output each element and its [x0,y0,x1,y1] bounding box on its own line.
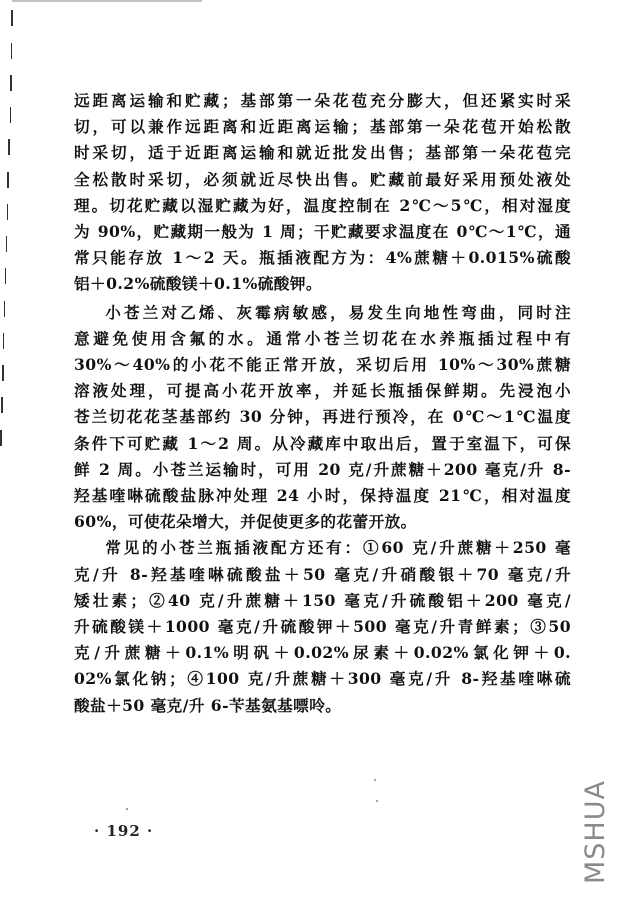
text-line: 羟基喹啉硫酸盐脉冲处理 24 小时，保持温度 21℃，相对温度 [74,483,571,509]
binding-mark [2,365,4,381]
scan-top-edge [12,0,202,2]
text-line: 为 90%，贮藏期一般为 1 周；干贮藏要求温度在 0℃～1℃，通 [74,219,571,245]
text-line: 理。切花贮藏以湿贮藏为好，温度控制在 2℃～5℃，相对湿度 [74,193,571,219]
text-line: 意避免使用含氟的水。通常小苍兰切花在水养瓶插过程中有 [74,326,571,352]
text-line: 溶液处理，可提高小花开放率，并延长瓶插保鲜期。先浸泡小 [74,378,571,404]
text-line: 苍兰切花花茎基部约 30 分钟，再进行预冷，在 0℃～1℃温度 [74,404,571,430]
binding-mark [5,268,7,284]
binding-mark [11,43,13,59]
text-line: 常见的小苍兰瓶插液配方还有：①60 克/升蔗糖＋250 毫 [74,535,571,561]
text-line: 常只能存放 1～2 天。瓶插液配方为：4%蔗糖＋0.015%硫酸 [74,245,571,271]
binding-mark [4,301,6,317]
text-line: 条件下可贮藏 1～2 周。从冷藏库中取出后，置于室温下，可保 [74,431,571,457]
text-line: 克/升 8-羟基喹啉硫酸盐＋50 毫克/升硝酸银＋70 毫克/升 [74,562,571,588]
binding-marks [0,0,20,460]
watermark: MSHUA [580,780,611,884]
text-line: 远距离运输和贮藏；基部第一朵花苞充分膨大，但还紧实时采 [74,88,571,114]
binding-mark [6,236,8,252]
paragraph-storage: 远距离运输和贮藏；基部第一朵花苞充分膨大，但还紧实时采 切，可以兼作远距离和近距… [74,88,571,298]
paragraph-vase-solution-formulas: 常见的小苍兰瓶插液配方还有：①60 克/升蔗糖＋250 毫 克/升 8-羟基喹啉… [74,535,571,718]
scan-speck [376,800,378,802]
binding-mark [8,139,10,155]
text-line: 鲜 2 周。小苍兰运输时，可用 20 克/升蔗糖＋200 毫克/升 8- [74,457,571,483]
text-line: 时采切，适于近距离运输和就近批发出售；基部第一朵花苞完 [74,140,571,166]
text-line: 切，可以兼作远距离和近距离运输；基部第一朵花苞开始松散 [74,114,571,140]
scan-speck [126,808,128,810]
text-line: 全松散时采切，必须就近尽快出售。贮藏前最好采用预处液处 [74,167,571,193]
scan-speck [374,779,376,781]
text-line: 酸盐＋50 毫克/升 6-苄基氨基嘌呤。 [74,693,571,719]
binding-mark [11,10,13,26]
binding-mark [1,397,3,413]
text-line: 02%氯化钠；④100 克/升蔗糖＋300 毫克/升 8-羟基喹啉硫 [74,666,571,692]
text-line: 30%～40%的小花不能正常开放，采切后用 10%～30%蔗糖 [74,352,571,378]
text-line: 小苍兰对乙烯、灰霉病敏感，易发生向地性弯曲，同时注 [74,300,571,326]
binding-mark [3,333,5,349]
binding-mark [10,75,12,91]
body-text: 远距离运输和贮藏；基部第一朵花苞充分膨大，但还紧实时采 切，可以兼作远距离和近距… [74,88,571,719]
text-line: 克/升蔗糖＋0.1%明矾＋0.02%尿素＋0.02%氯化钾＋0. [74,640,571,666]
page-number: · 192 · [94,822,153,840]
text-line: 60%，可使花朵增大，并促使更多的花蕾开放。 [74,509,571,535]
text-line: 铝＋0.2%硫酸镁＋0.1%硫酸钾。 [74,271,571,297]
binding-mark [7,172,9,188]
text-line: 矮壮素；②40 克/升蔗糖＋150 毫克/升硫酸铝＋200 毫克/ [74,588,571,614]
binding-mark [10,107,12,123]
binding-mark [0,430,2,446]
binding-mark [7,204,9,220]
paragraph-freesia-sensitivity: 小苍兰对乙烯、灰霉病敏感，易发生向地性弯曲，同时注 意避免使用含氟的水。通常小苍… [74,300,571,536]
text-line: 升硫酸镁＋1000 毫克/升硫酸钾＋500 毫克/升青鲜素；③50 [74,614,571,640]
